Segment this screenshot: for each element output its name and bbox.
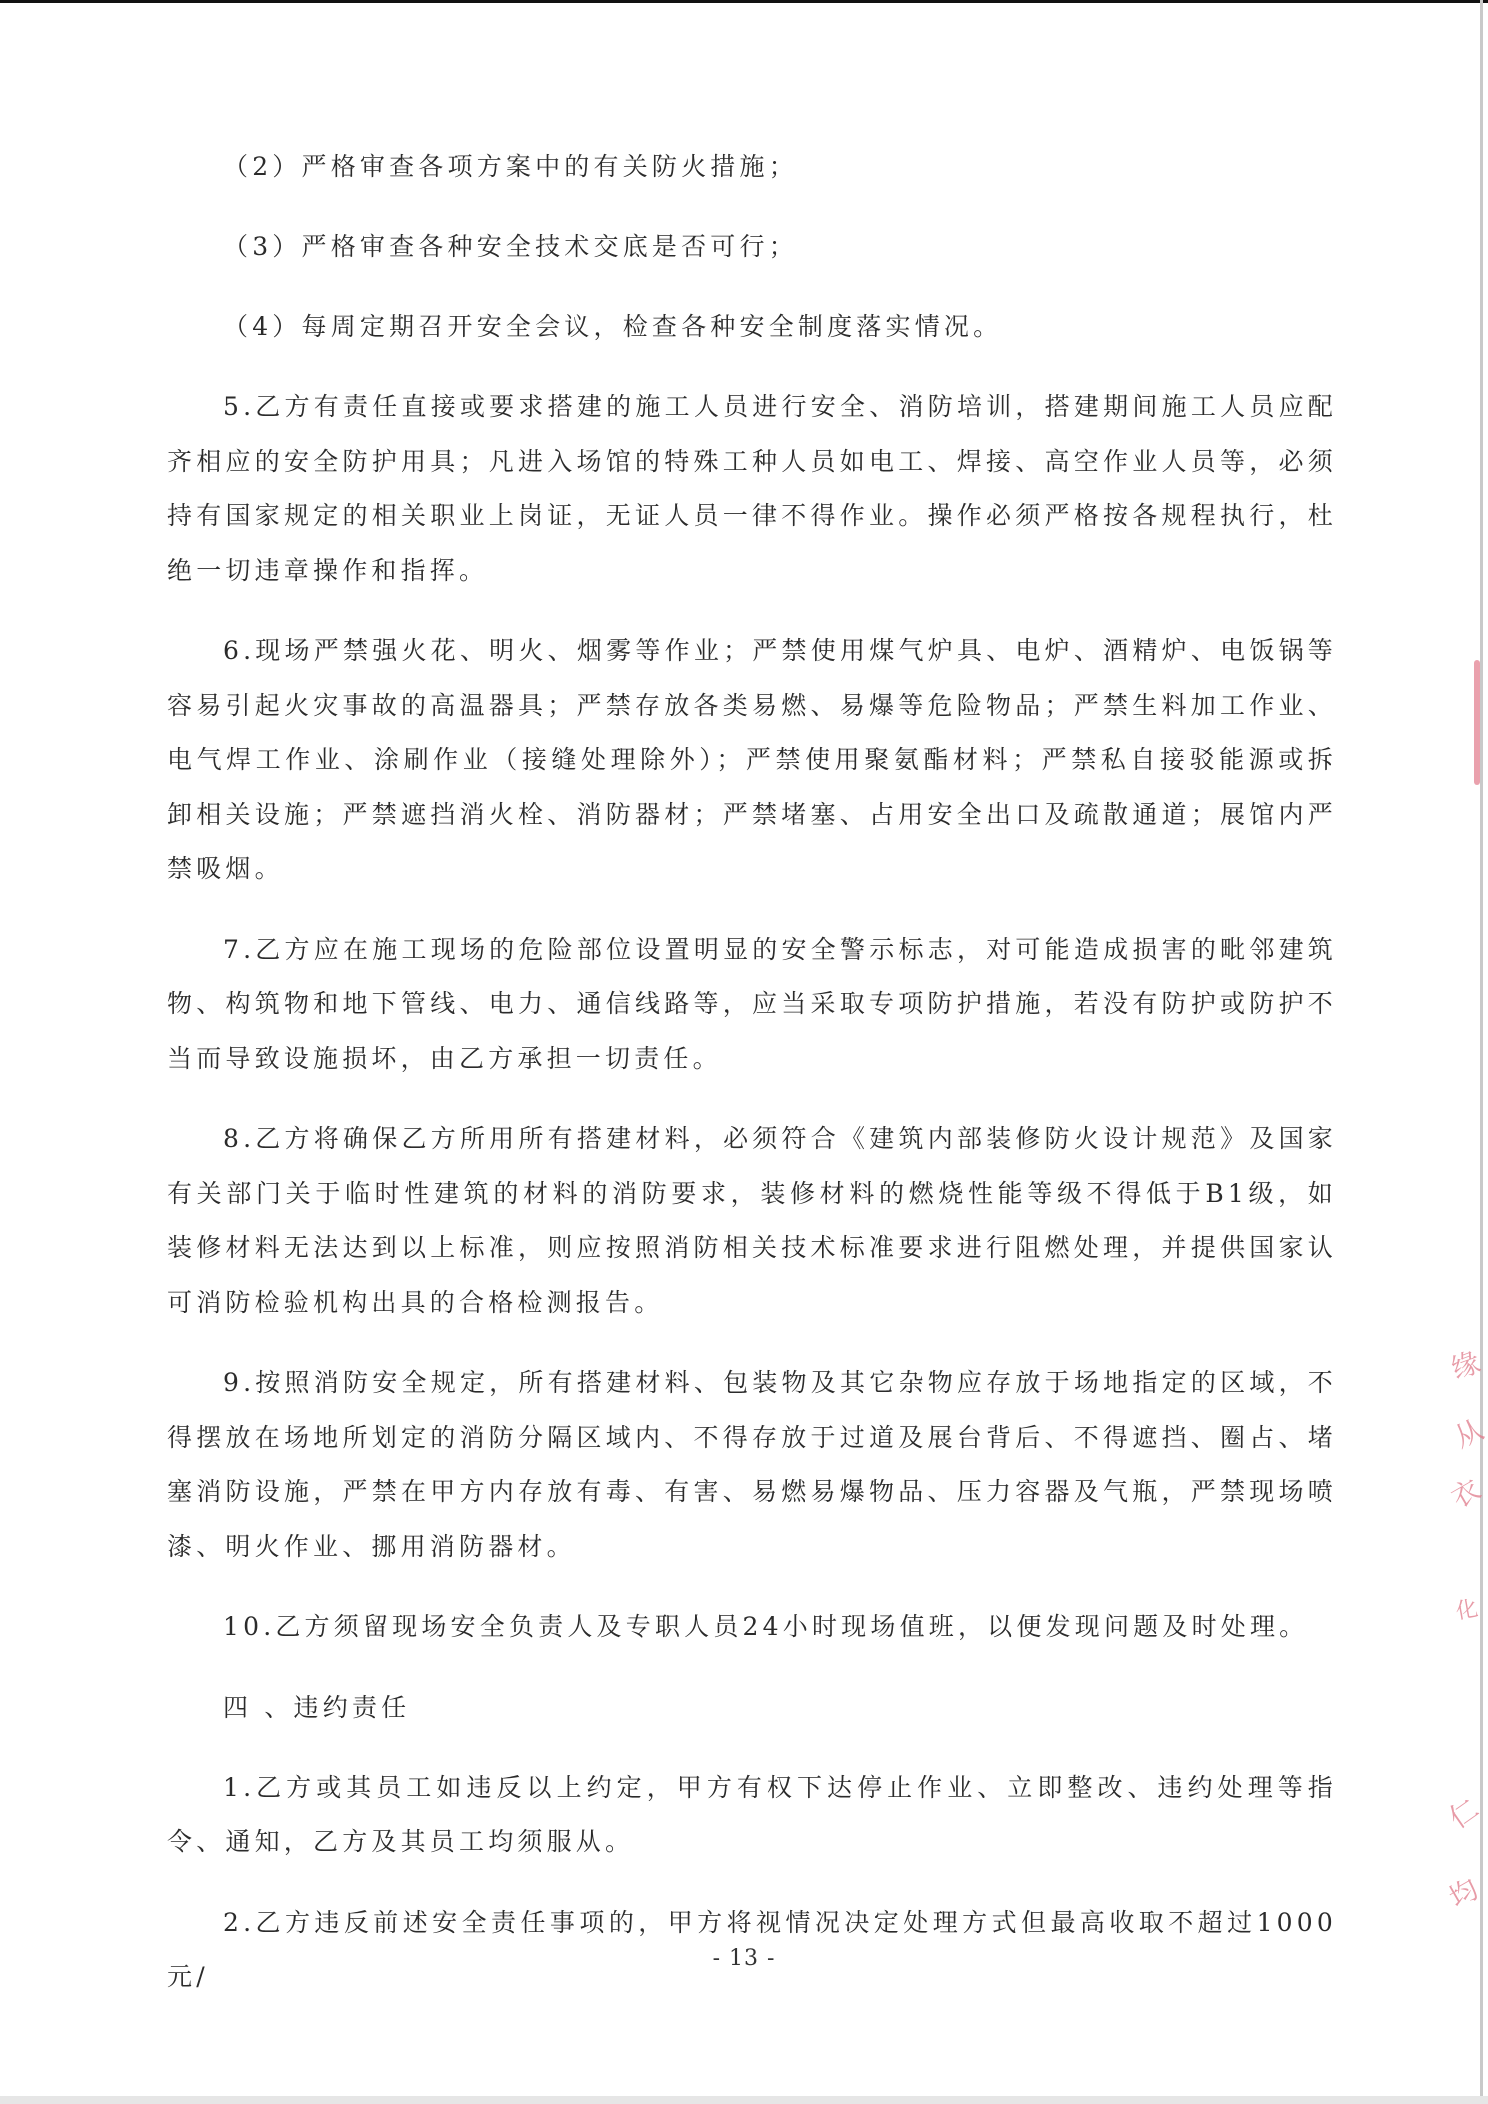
- clause-5: 5.乙方有责任直接或要求搭建的施工人员进行安全、消防培训，搭建期间施工人员应配齐…: [167, 380, 1337, 598]
- scan-bottom-border: [0, 2096, 1488, 2104]
- seal-stamp-fragment: 缘: [1448, 1348, 1484, 1384]
- scan-right-border: [1480, 0, 1483, 2104]
- seal-stamp-fragment: 均: [1445, 1875, 1483, 1913]
- sub-item-2: （2）严格审查各项方案中的有关防火措施；: [223, 140, 1337, 194]
- clause-6: 6.现场严禁强火花、明火、烟雾等作业；严禁使用煤气炉具、电炉、酒精炉、电饭锅等容…: [167, 624, 1337, 897]
- clause-10: 10.乙方须留现场安全负责人及专职人员24小时现场值班，以便发现问题及时处理。: [167, 1600, 1337, 1655]
- seal-stamp-fragment: [1474, 660, 1480, 785]
- clause-7: 7.乙方应在施工现场的危险部位设置明显的安全警示标志，对可能造成损害的毗邻建筑物…: [167, 923, 1337, 1087]
- scan-top-border: [0, 0, 1488, 3]
- document-body: （2）严格审查各项方案中的有关防火措施； （3）严格审查各种安全技术交底是否可行…: [167, 140, 1337, 2031]
- sub-item-3: （3）严格审查各种安全技术交底是否可行；: [223, 220, 1337, 274]
- page-number: - 13 -: [0, 1946, 1488, 1971]
- clause-9: 9.按照消防安全规定，所有搭建材料、包装物及其它杂物应存放于场地指定的区域，不得…: [167, 1356, 1337, 1574]
- clause-8: 8.乙方将确保乙方所用所有搭建材料，必须符合《建筑内部装修防火设计规范》及国家有…: [167, 1112, 1337, 1330]
- seal-stamp-fragment: 化: [1454, 1598, 1480, 1623]
- section-heading-breach-liability: 四 、违约责任: [223, 1681, 1337, 1735]
- breach-clause-1: 1.乙方或其员工如违反以上约定，甲方有权下达停止作业、立即整改、违约处理等指令、…: [167, 1761, 1337, 1870]
- sub-item-4: （4）每周定期召开安全会议，检查各种安全制度落实情况。: [223, 300, 1337, 354]
- seal-stamp-fragment: 仁: [1445, 1794, 1484, 1833]
